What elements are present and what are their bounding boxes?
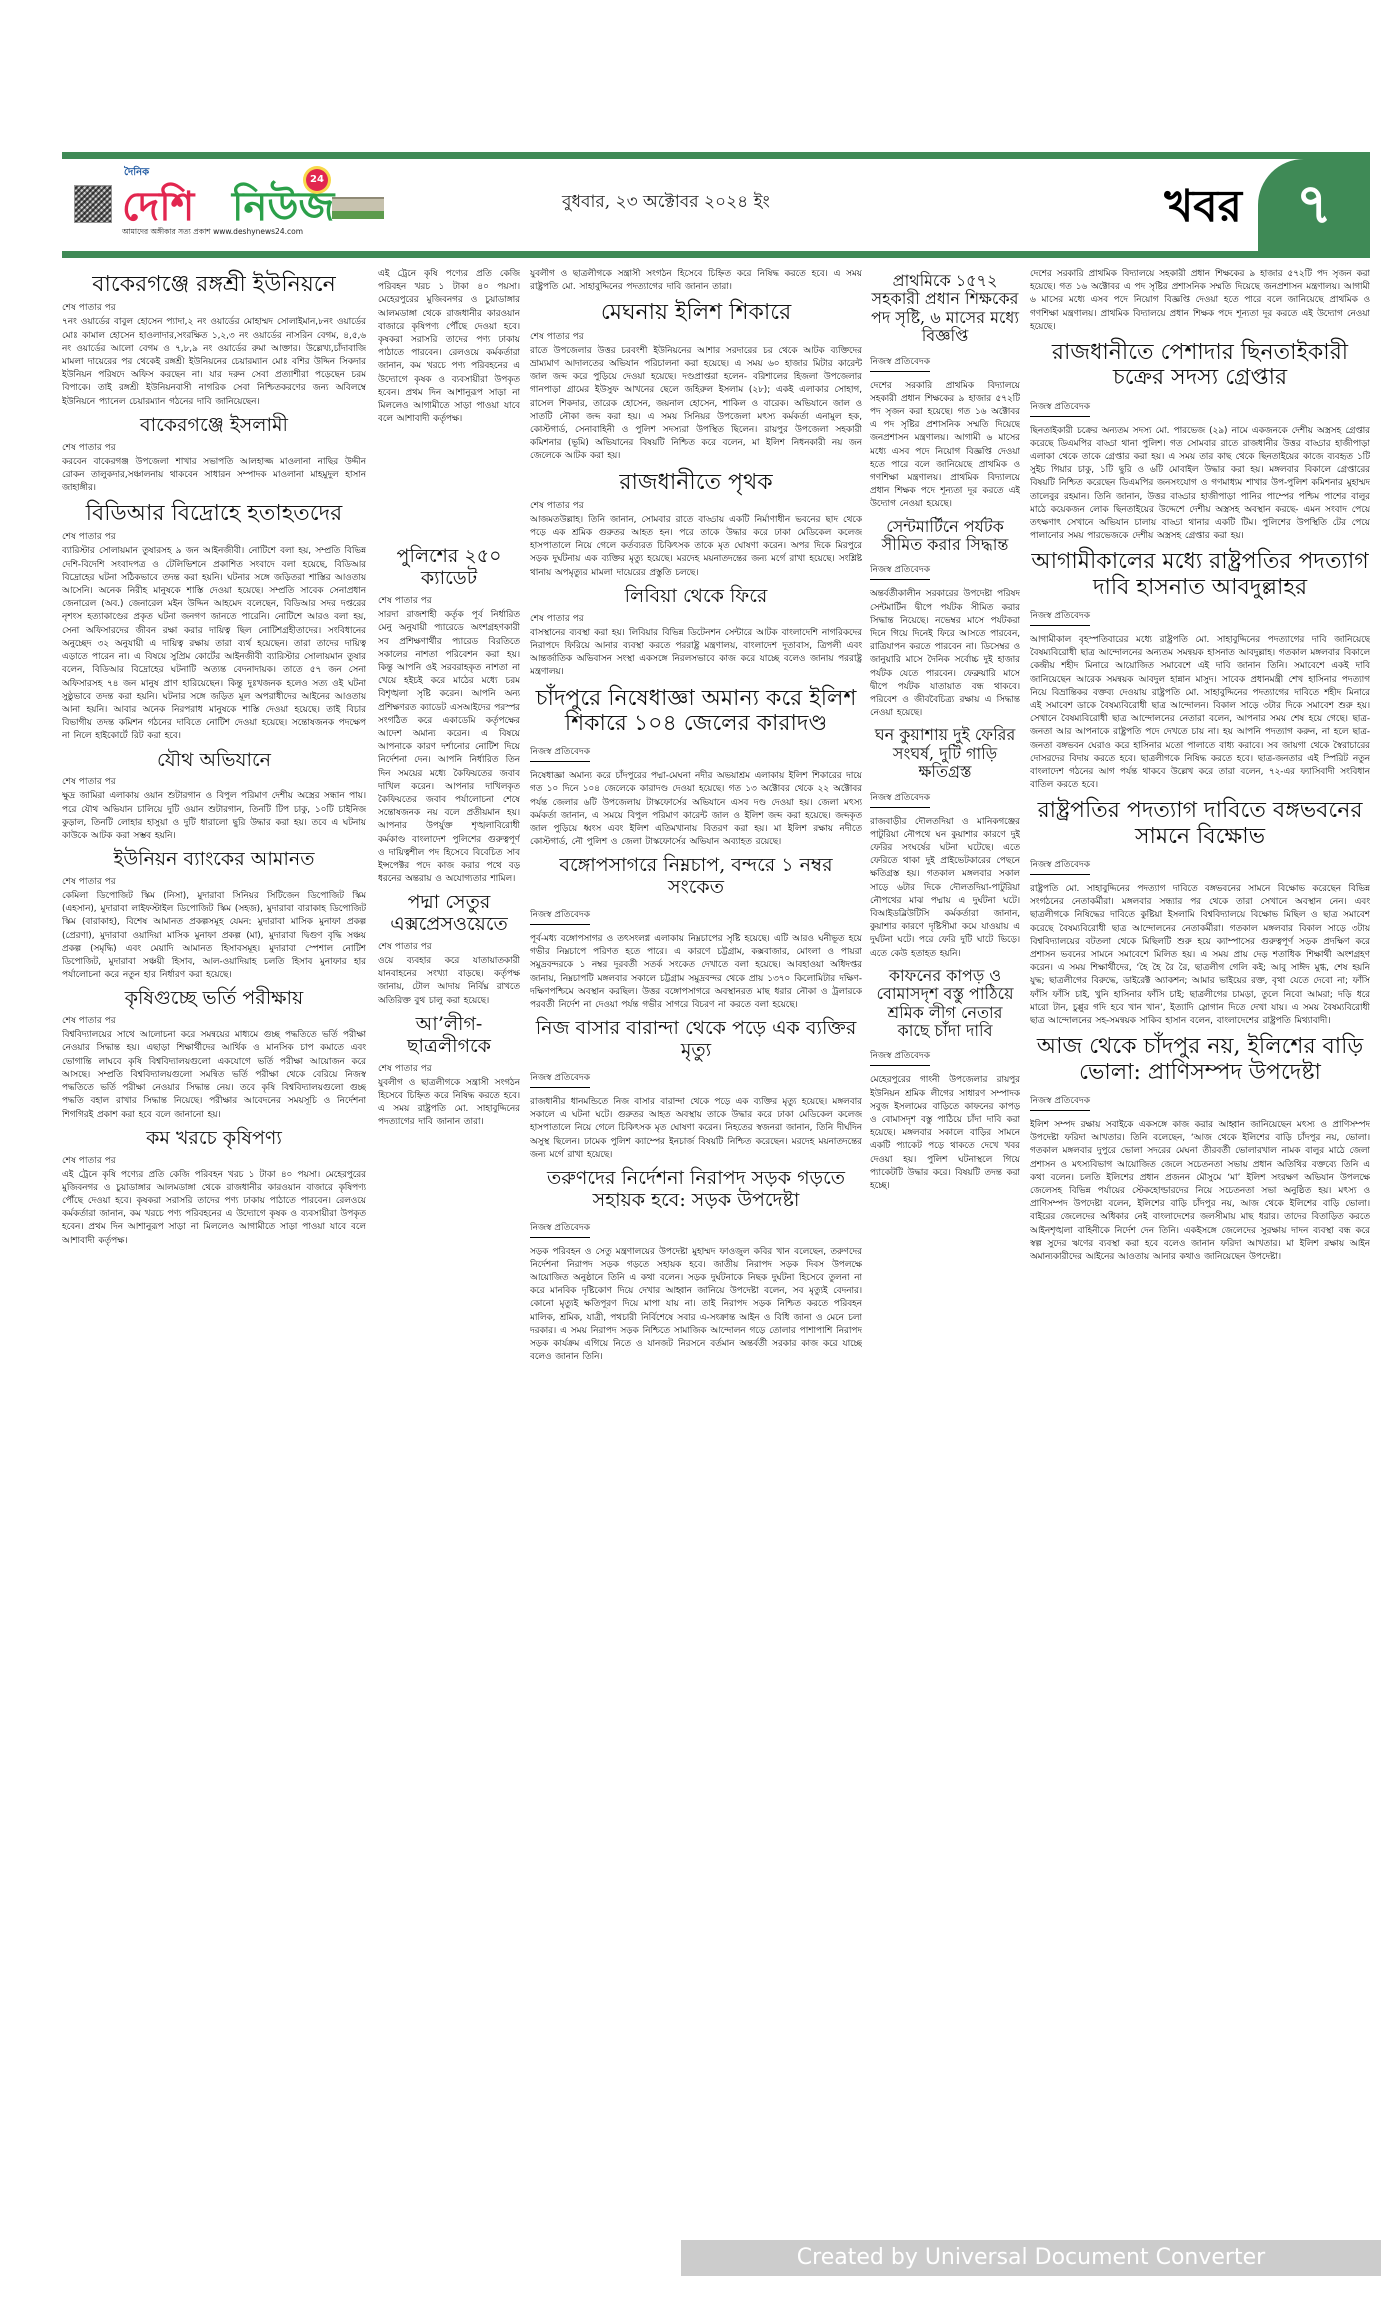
headline: রাষ্ট্রপতির পদত্যাগ দাবিতে বঙ্গভবনের সাম… — [1030, 798, 1370, 849]
article-body: অন্তর্বর্তীকালীন সরকারের উপদেষ্টা পরিষদ … — [870, 588, 1020, 720]
article-joint-operation: যৌথ অভিযানে শেষ পাতার পর ক্ষুদ্র জামিরা … — [62, 750, 366, 844]
article-chandpur-ilish: চাঁদপুরে নিষেধাজ্ঞা অমান্য করে ইলিশ শিকা… — [530, 686, 862, 850]
parliament-building-icon — [332, 197, 384, 219]
byline: নিজস্ব প্রতিবেদক — [870, 1048, 930, 1066]
headline: নিজ বাসার বারান্দা থেকে পড়ে এক ব্যক্তির… — [530, 1018, 862, 1062]
article-president-resign: আগামীকালের মধ্যে রাষ্ট্রপতির পদত্যাগ দাব… — [1030, 549, 1370, 792]
section-title: খবর — [1164, 173, 1242, 246]
logo-sun-badge-icon: 24 — [306, 169, 328, 191]
article-bdr: বিডিআর বিদ্রোহে হতাহতদের শেষ পাতার পর ব্… — [62, 501, 366, 743]
article-body: কেমিলা ডিপোজিট স্কিম (নিসা), মুদারাবা সি… — [62, 890, 366, 982]
article-libya: লিবিয়া থেকে ফিরে শেষ পাতার পর বাসস্থানে… — [530, 586, 862, 680]
headline: পদ্মা সেতুর এক্সপ্রেসওয়েতে — [378, 892, 520, 936]
article-body: যুবলীগ ও ছাত্রলীগকে সন্ত্রাসী সংগঠন হিসে… — [378, 1077, 520, 1130]
article-meghna: মেঘনায় ইলিশ শিকারে শেষ পাতার পর রাতে উপ… — [530, 300, 862, 463]
masthead-bottom-rule — [62, 251, 1370, 258]
article-body-continued: দেশের সরকারি প্রাথমিক বিদ্যালয়ে সহকারী … — [1030, 268, 1370, 334]
byline: নিজস্ব প্রতিবেদক — [1030, 399, 1090, 417]
article-balcony-death: নিজ বাসার বারান্দা থেকে পড়ে এক ব্যক্তির… — [530, 1018, 862, 1162]
kicker: শেষ পাতার পর — [530, 329, 862, 344]
article-body-continued: এই ট্রেনে কৃষি পণ্যের প্রতি কেজি পরিবহন … — [378, 268, 520, 426]
kicker: শেষ পাতার পর — [530, 498, 862, 513]
column-1: বাকেরগঞ্জে রঙ্গশ্রী ইউনিয়নে শেষ পাতার প… — [62, 268, 366, 1254]
headline: ইউনিয়ন ব্যাংকের আমানত — [62, 849, 366, 871]
headline: কম খরচে কৃষিপণ্য — [62, 1128, 366, 1150]
headline: আজ থেকে চাঁদপুর নয়, ইলিশের বাড়ি ভোলা: … — [1030, 1034, 1370, 1085]
article-body: নিষেধাজ্ঞা অমান্য করে চাঁদপুরের পদ্মা-মে… — [530, 770, 862, 849]
headline: মেঘনায় ইলিশ শিকারে — [530, 300, 862, 325]
article-body: ইলিশ সম্পদ রক্ষায় সবাইকে একসঙ্গে কাজ কর… — [1030, 1119, 1370, 1264]
kicker: শেষ পাতার পর — [62, 440, 366, 455]
article-body: মেহেরপুরের গাংনী উপজেলার রায়পুর ইউনিয়ন… — [870, 1074, 1020, 1193]
headline: কৃষিগুচ্ছে ভর্তি পরীক্ষায় — [62, 988, 366, 1010]
kicker: শেষ পাতার পর — [378, 939, 520, 954]
article-body: ব্যারিস্টার সোলায়মান তুষারসহ ৯ জন আইনজী… — [62, 545, 366, 743]
page-number-tab: ৭ — [1258, 159, 1370, 251]
article-primary-1572: প্রাথমিকে ১৫৭২ সহকারী প্রধান শিক্ষকের পদ… — [870, 272, 1020, 512]
kicker: শেষ পাতার পর — [378, 1061, 520, 1076]
article-body: দেশের সরকারি প্রাথমিক বিদ্যালয়ে সহকারী … — [870, 380, 1020, 512]
top-green-rule — [62, 152, 1370, 159]
article-saint-martin: সেন্টমার্টিনে পর্যটক সীমিত করার সিদ্ধান্… — [870, 518, 1020, 721]
article-cost-produce: কম খরচে কৃষিপণ্য শেষ পাতার পর এই ট্রেনে … — [62, 1128, 366, 1248]
article-bay-signal: বঙ্গোপসাগরে নিম্নচাপ, বন্দরে ১ নম্বর সংক… — [530, 855, 862, 1012]
headline: তরুণদের নির্দেশনা নিরাপদ সড়ক গড়তে সহায… — [530, 1168, 862, 1212]
kicker: শেষ পাতার পর — [62, 1013, 366, 1028]
article-snatcher: রাজধানীতে পেশাদার ছিনতাইকারী চক্রের সদস্… — [1030, 340, 1370, 543]
byline: নিজস্ব প্রতিবেদক — [870, 354, 930, 372]
article-padma-expressway: পদ্মা সেতুর এক্সপ্রেসওয়েতে শেষ পাতার পর… — [378, 892, 520, 1008]
headline: আ’লীগ-ছাত্রলীগকে — [378, 1014, 520, 1058]
article-body: আগামীকাল বৃহস্পতিবারের মধ্যে রাষ্ট্রপতি … — [1030, 634, 1370, 792]
headline: বঙ্গোপসাগরে নিম্নচাপ, বন্দরে ১ নম্বর সংক… — [530, 855, 862, 899]
article-body: পূর্ব-মধ্য বঙ্গোপসাগর ও তৎসংলগ্ন এলাকায়… — [530, 933, 862, 1012]
qr-code-icon — [74, 185, 112, 223]
byline: নিজস্ব প্রতিবেদক — [530, 744, 590, 762]
article-body: রাজবাড়ীর দৌলতদিয়া ও মানিকগঞ্জের পাটুরি… — [870, 816, 1020, 961]
column-4: প্রাথমিকে ১৫৭২ সহকারী প্রধান শিক্ষকের পদ… — [870, 268, 1020, 1199]
article-body: রাজধানীর ধানমন্ডিতে নিজ বাসার বারান্দা থ… — [530, 1096, 862, 1162]
issue-date: বুধবার, ২৩ অক্টোবর ২০২৪ ইং — [562, 189, 770, 217]
kicker: শেষ পাতার পর — [378, 593, 520, 608]
article-police-250: পুলিশের ২৫০ ক্যাডেট শেষ পাতার পর সারদা র… — [378, 546, 520, 886]
article-awami-chhatra: আ’লীগ-ছাত্রলীগকে শেষ পাতার পর যুবলীগ ও ছ… — [378, 1014, 520, 1130]
headline: রাজধানীতে পৃথক — [530, 470, 862, 495]
byline: নিজস্ব প্রতিবেদক — [530, 907, 590, 925]
article-body: রাষ্ট্রপতি মো. সাহাবুদ্দিনের পদত্যাগ দাব… — [1030, 883, 1370, 1028]
headline: পুলিশের ২৫০ ক্যাডেট — [378, 546, 520, 590]
article-bangabhaban-protest: রাষ্ট্রপতির পদত্যাগ দাবিতে বঙ্গভবনের সাম… — [1030, 798, 1370, 1028]
byline: নিজস্ব প্রতিবেদক — [530, 1070, 590, 1088]
article-body: এই ট্রেনে কৃষি পণ্যের প্রতি কেজি পরিবহন … — [62, 1169, 366, 1248]
newspaper-logo: দৈনিক দেশি নিউজ 24 আমাদের অঙ্গীকার সত্য … — [122, 165, 342, 235]
masthead: দৈনিক দেশি নিউজ 24 আমাদের অঙ্গীকার সত্য … — [62, 159, 1370, 251]
headline: আগামীকালের মধ্যে রাষ্ট্রপতির পদত্যাগ দাব… — [1030, 549, 1370, 600]
headline: চাঁদপুরে নিষেধাজ্ঞা অমান্য করে ইলিশ শিকা… — [530, 686, 862, 737]
kicker: শেষ পাতার পর — [62, 300, 366, 315]
headline: সেন্টমার্টিনে পর্যটক সীমিত করার সিদ্ধান্… — [870, 518, 1020, 555]
article-body: আজমতউল্লাহ। তিনি জানান, সোমবার রাতে বাড্… — [530, 514, 862, 580]
headline: বাকেরগঞ্জে ইসলামী — [62, 415, 366, 437]
newspaper-page: দৈনিক দেশি নিউজ 24 আমাদের অঙ্গীকার সত্য … — [62, 152, 1370, 2248]
article-columns: বাকেরগঞ্জে রঙ্গশ্রী ইউনিয়নে শেষ পাতার প… — [62, 258, 1370, 2248]
headline: বাকেরগঞ্জে রঙ্গশ্রী ইউনিয়নে — [62, 272, 366, 297]
byline: নিজস্ব প্রতিবেদক — [1030, 1093, 1090, 1111]
column-3: যুবলীগ ও ছাত্রলীগকে সন্ত্রাসী সংগঠন হিসে… — [530, 268, 862, 1370]
article-union-bank: ইউনিয়ন ব্যাংকের আমানত শেষ পাতার পর কেমি… — [62, 849, 366, 982]
byline: নিজস্ব প্রতিবেদক — [1030, 857, 1090, 875]
headline: বিডিআর বিদ্রোহে হতাহতদের — [62, 501, 366, 526]
kicker: শেষ পাতার পর — [62, 529, 366, 544]
article-body: বিশ্ববিদ্যালয়ের সাথে আলোচনা করে সমন্বয়… — [62, 1029, 366, 1121]
headline: প্রাথমিকে ১৫৭২ সহকারী প্রধান শিক্ষকের পদ… — [870, 272, 1020, 346]
kicker: শেষ পাতার পর — [62, 1153, 366, 1168]
article-ilish-bhola: আজ থেকে চাঁদপুর নয়, ইলিশের বাড়ি ভোলা: … — [1030, 1034, 1370, 1264]
article-islami: বাকেরগঞ্জে ইসলামী শেষ পাতার পর করবেন বাক… — [62, 415, 366, 495]
article-body: রাতে উপজেলার উত্তর চরবংশী ইউনিয়নের আশার… — [530, 345, 862, 464]
article-body: বাসস্থানের ব্যবস্থা করা হয়। লিবিয়ার বি… — [530, 627, 862, 680]
byline: নিজস্ব প্রতিবেদক — [870, 790, 930, 808]
column-2: এই ট্রেনে কৃষি পণ্যের প্রতি কেজি পরিবহন … — [378, 268, 520, 1135]
logo-tagline: আমাদের অঙ্গীকার সত্য প্রকাশ www.deshynew… — [122, 227, 303, 239]
article-body: ক্ষুদ্র জামিরা এলাকায় ওয়ান শুটারগান ও … — [62, 790, 366, 843]
article-body: ৭নং ওয়ার্ডের বাবুল হোসেন প্যাদা,২ নং ওয… — [62, 316, 366, 408]
article-body-continued: যুবলীগ ও ছাত্রলীগকে সন্ত্রাসী সংগঠন হিসে… — [530, 268, 862, 294]
headline: যৌথ অভিযানে — [62, 750, 366, 772]
article-road-safety: তরুণদের নির্দেশনা নিরাপদ সড়ক গড়তে সহায… — [530, 1168, 862, 1365]
article-coffin-cloth: কাফনের কাপড় ও বোমাসদৃশ বস্তু পাঠিয়ে শ্… — [870, 967, 1020, 1193]
article-capital-separate: রাজধানীতে পৃথক শেষ পাতার পর আজমতউল্লাহ। … — [530, 470, 862, 580]
headline: রাজধানীতে পেশাদার ছিনতাইকারী চক্রের সদস্… — [1030, 340, 1370, 391]
article-body: ছিনতাইকারী চক্রের অন্যতম সদস্য মো. পারভে… — [1030, 425, 1370, 544]
byline: নিজস্ব প্রতিবেদক — [1030, 608, 1090, 626]
article-body: সড়ক পরিবহন ও সেতু মন্ত্রণালয়ের উপদেষ্ট… — [530, 1246, 862, 1365]
column-5: দেশের সরকারি প্রাথমিক বিদ্যালয়ে সহকারী … — [1030, 268, 1370, 1270]
article-body: করবেন বাকেরগঞ্জ উপজেলা শাখার সভাপতি আলহা… — [62, 456, 366, 496]
article-rangashree: বাকেরগঞ্জে রঙ্গশ্রী ইউনিয়নে শেষ পাতার প… — [62, 272, 366, 409]
article-body: ওয়ে ব্যবহার করে যাতায়াতকারী যানবাহনের … — [378, 955, 520, 1008]
converter-watermark: Created by Universal Document Converter — [681, 2240, 1381, 2276]
kicker: শেষ পাতার পর — [530, 611, 862, 626]
article-body: সারদা রাজশাহী কর্তৃক পূর্ব নির্ধারিত মেন… — [378, 609, 520, 886]
headline: লিবিয়া থেকে ফিরে — [530, 586, 862, 608]
kicker: শেষ পাতার পর — [62, 774, 366, 789]
byline: নিজস্ব প্রতিবেদক — [870, 562, 930, 580]
byline: নিজস্ব প্রতিবেদক — [530, 1220, 590, 1238]
kicker: শেষ পাতার পর — [62, 874, 366, 889]
article-agri-admission: কৃষিগুচ্ছে ভর্তি পরীক্ষায় শেষ পাতার পর … — [62, 988, 366, 1121]
article-ferry-collision: ঘন কুয়াশায় দুই ফেরির সংঘর্ষ, দুটি গাড়… — [870, 726, 1020, 960]
headline: কাফনের কাপড় ও বোমাসদৃশ বস্তু পাঠিয়ে শ্… — [870, 967, 1020, 1041]
headline: ঘন কুয়াশায় দুই ফেরির সংঘর্ষ, দুটি গাড়… — [870, 726, 1020, 781]
